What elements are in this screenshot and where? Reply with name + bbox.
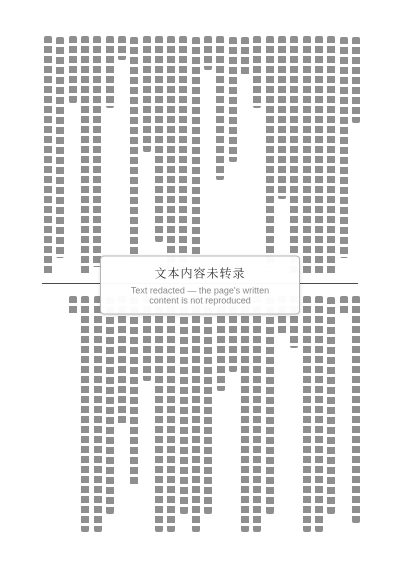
text-column-bar bbox=[94, 296, 102, 532]
text-column-bar bbox=[340, 296, 348, 315]
text-column-bar bbox=[118, 296, 126, 423]
text-column-bar bbox=[118, 36, 126, 60]
text-column-redacted bbox=[227, 36, 239, 276]
text-column-redacted bbox=[251, 36, 263, 276]
text-column-redacted bbox=[301, 36, 313, 276]
text-column-redacted bbox=[165, 296, 177, 532]
text-column-redacted bbox=[128, 296, 140, 532]
text-column-redacted bbox=[153, 296, 165, 532]
text-column-bar bbox=[241, 296, 249, 532]
text-column-bar bbox=[241, 37, 249, 75]
text-column-bar bbox=[130, 297, 138, 486]
text-column-bar bbox=[315, 36, 323, 276]
text-column-redacted bbox=[215, 296, 227, 532]
text-column-bar bbox=[106, 36, 114, 108]
text-column-bar bbox=[229, 37, 237, 162]
text-column-redacted bbox=[338, 36, 350, 276]
text-column-redacted bbox=[165, 36, 177, 276]
text-column-redacted bbox=[227, 296, 239, 532]
text-column-bar bbox=[253, 36, 261, 108]
text-column-redacted bbox=[141, 36, 153, 276]
text-column-redacted bbox=[153, 36, 165, 276]
text-column-bar bbox=[81, 36, 89, 276]
redaction-notice-subtext: Text redacted — the page's written conte… bbox=[115, 285, 285, 305]
text-column-bar bbox=[192, 296, 200, 532]
text-column-redacted bbox=[325, 36, 337, 276]
text-column-bar bbox=[56, 37, 64, 258]
text-column-redacted bbox=[67, 36, 79, 276]
text-column-bar bbox=[180, 297, 188, 514]
text-column-redacted bbox=[178, 296, 190, 532]
text-column-bar bbox=[290, 36, 298, 276]
text-column-bar bbox=[167, 296, 175, 532]
text-column-redacted bbox=[301, 296, 313, 532]
text-column-redacted bbox=[67, 296, 79, 532]
text-column-redacted bbox=[190, 296, 202, 532]
text-column-redacted bbox=[313, 36, 325, 276]
text-column-redacted bbox=[239, 296, 251, 532]
text-column-bar bbox=[303, 296, 311, 532]
text-column-bar bbox=[155, 296, 163, 532]
text-column-redacted bbox=[313, 296, 325, 532]
text-column-bar bbox=[253, 296, 261, 532]
text-column-bar bbox=[216, 36, 224, 180]
text-column-bar bbox=[327, 297, 335, 514]
text-column-bar bbox=[143, 36, 151, 151]
text-column-bar bbox=[352, 37, 360, 123]
text-column-redacted bbox=[288, 296, 300, 532]
text-column-redacted bbox=[79, 296, 91, 532]
page-top bbox=[42, 36, 362, 276]
text-column-redacted bbox=[214, 36, 226, 276]
page-bottom bbox=[67, 296, 362, 532]
text-column-redacted bbox=[177, 36, 189, 276]
text-column-redacted bbox=[276, 36, 288, 276]
text-column-bar bbox=[340, 37, 348, 258]
text-column-redacted bbox=[91, 36, 103, 276]
text-column-bar bbox=[352, 296, 360, 523]
text-column-redacted bbox=[42, 36, 54, 276]
text-column-bar bbox=[93, 36, 101, 266]
text-column-bar bbox=[106, 297, 114, 514]
text-column-redacted bbox=[104, 36, 116, 276]
text-column-redacted bbox=[190, 36, 202, 276]
text-column-redacted bbox=[104, 296, 116, 532]
text-column-bar bbox=[192, 37, 200, 258]
text-column-redacted bbox=[92, 296, 104, 532]
text-column-redacted bbox=[264, 296, 276, 532]
text-column-redacted bbox=[116, 36, 128, 276]
text-column-bar bbox=[327, 36, 335, 276]
text-column-bar bbox=[303, 36, 311, 276]
text-column-bar bbox=[130, 37, 138, 258]
text-column-redacted bbox=[264, 36, 276, 276]
text-column-bar bbox=[69, 36, 77, 103]
text-column-redacted bbox=[338, 296, 350, 532]
text-column-redacted bbox=[54, 36, 66, 276]
text-column-redacted bbox=[202, 296, 214, 532]
text-column-bar bbox=[81, 296, 89, 532]
text-column-bar bbox=[69, 296, 77, 315]
text-column-redacted bbox=[79, 36, 91, 276]
text-column-bar bbox=[204, 297, 212, 514]
text-column-redacted bbox=[276, 296, 288, 532]
text-column-bar bbox=[204, 36, 212, 70]
text-column-redacted bbox=[141, 296, 153, 532]
text-column-bar bbox=[44, 36, 52, 276]
text-column-redacted bbox=[116, 296, 128, 532]
redaction-notice: 文本内容未转录 Text redacted — the page's writt… bbox=[100, 255, 300, 314]
text-column-redacted bbox=[350, 296, 362, 532]
text-column-redacted bbox=[239, 36, 251, 276]
text-column-bar bbox=[179, 36, 187, 276]
text-column-bar bbox=[155, 36, 163, 242]
text-column-redacted bbox=[350, 36, 362, 276]
text-column-redacted bbox=[251, 296, 263, 532]
text-column-bar bbox=[167, 36, 175, 276]
text-column-bar bbox=[278, 36, 286, 199]
text-column-redacted bbox=[202, 36, 214, 276]
text-column-redacted bbox=[325, 296, 337, 532]
redaction-notice-text: 文本内容未转录 bbox=[115, 264, 285, 281]
text-column-redacted bbox=[128, 36, 140, 276]
text-column-bar bbox=[266, 297, 274, 514]
text-column-bar bbox=[315, 296, 323, 532]
text-column-bar bbox=[266, 36, 274, 266]
text-column-redacted bbox=[288, 36, 300, 276]
